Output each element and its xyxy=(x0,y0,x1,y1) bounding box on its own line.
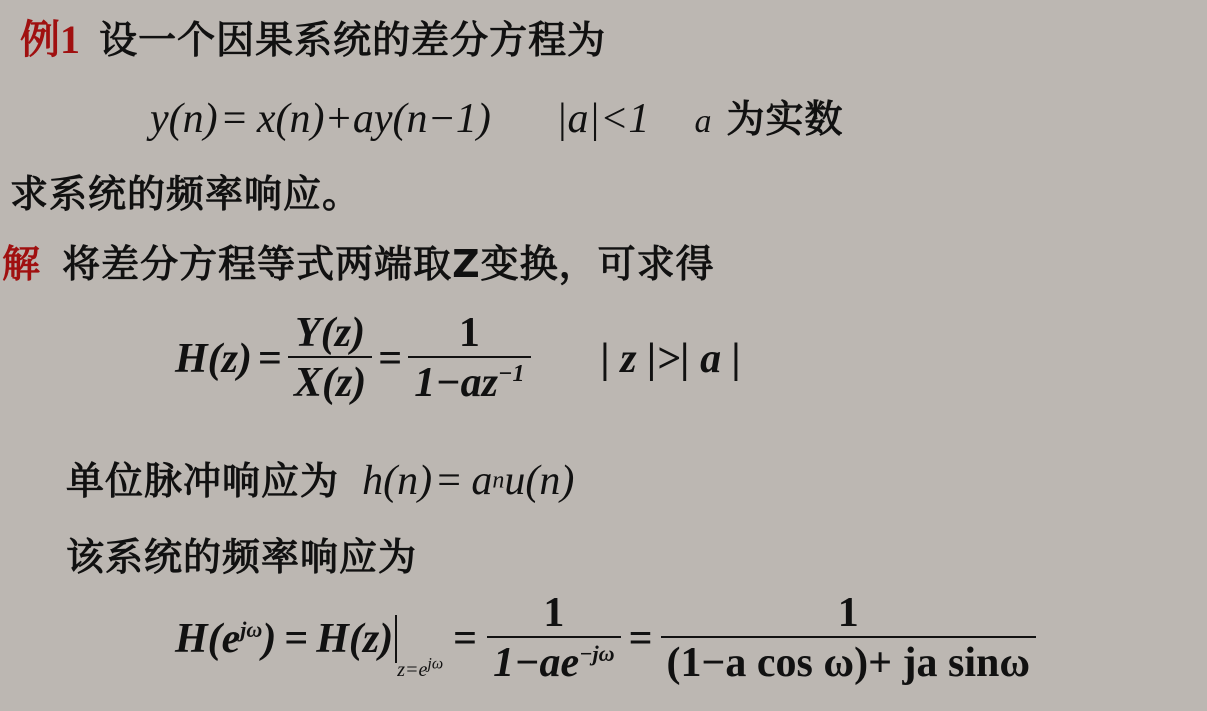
transfer-function: H(z) = Y(z) X(z) = 1 1−az−1 | z |>| a | xyxy=(175,310,741,408)
freq-response-label: 该系统的频率响应为 xyxy=(66,526,417,581)
freq-lhs-exp: jω xyxy=(240,617,262,642)
tf-frac1-num: Y(z) xyxy=(289,310,371,356)
eq-condition: |a|<1 xyxy=(556,96,649,142)
tf-frac1-den: X(z) xyxy=(288,358,372,408)
eq-lhs: y(n) xyxy=(150,96,218,142)
freq-eval-sub: z=ejω xyxy=(397,659,443,682)
impulse-exp: n xyxy=(492,468,504,494)
tf-lhs: H(z) xyxy=(175,335,252,383)
solution-step1: 将差分方程等式两端取Z变换，可求得 xyxy=(62,242,715,286)
freq-lhs: H(e xyxy=(175,616,240,662)
tf-roc: | z |>| a | xyxy=(601,335,741,383)
impulse-response-line: 单位脉冲响应为 h(n) = anu(n) xyxy=(66,450,574,505)
eq-var: a xyxy=(694,103,711,140)
freq-fraction-2: 1 (1−a cos ω)+ ja sinω xyxy=(661,590,1037,688)
tf-fraction-2: 1 1−az−1 xyxy=(408,310,530,408)
example-label: 例1 xyxy=(20,17,80,62)
impulse-lhs: h(n) xyxy=(362,458,432,504)
freq-f2-den: (1−a cos ω)+ ja sinω xyxy=(661,638,1037,688)
frequency-response: H(ejω) = H(z) z=ejω = 1 1−ae−jω = 1 (1−a… xyxy=(175,590,1036,688)
tf-frac2-den: 1−az xyxy=(414,360,498,406)
tf-frac2-exp: −1 xyxy=(498,361,525,387)
solution-label: 解 xyxy=(2,242,41,286)
eq-var-note: 为实数 xyxy=(727,97,844,141)
impulse-tail: u(n) xyxy=(504,458,574,504)
example-heading: 例1 设一个因果系统的差分方程为 xyxy=(20,8,606,65)
solution-heading: 解 将差分方程等式两端取Z变换，可求得 xyxy=(2,233,715,288)
impulse-base: a xyxy=(471,458,492,504)
question-text: 求系统的频率响应。 xyxy=(10,163,361,218)
freq-eval: H(z) xyxy=(316,615,397,663)
tf-frac2-num: 1 xyxy=(453,310,486,356)
impulse-label: 单位脉冲响应为 xyxy=(66,459,339,503)
difference-equation: y(n) = x(n)+ay(n−1) |a|<1 a 为实数 xyxy=(150,88,844,143)
eq-rhs: x(n)+ay(n−1) xyxy=(257,96,491,142)
freq-fraction-1: 1 1−ae−jω xyxy=(487,590,620,688)
example-statement: 设一个因果系统的差分方程为 xyxy=(99,18,606,62)
tf-fraction-1: Y(z) X(z) xyxy=(288,310,372,408)
